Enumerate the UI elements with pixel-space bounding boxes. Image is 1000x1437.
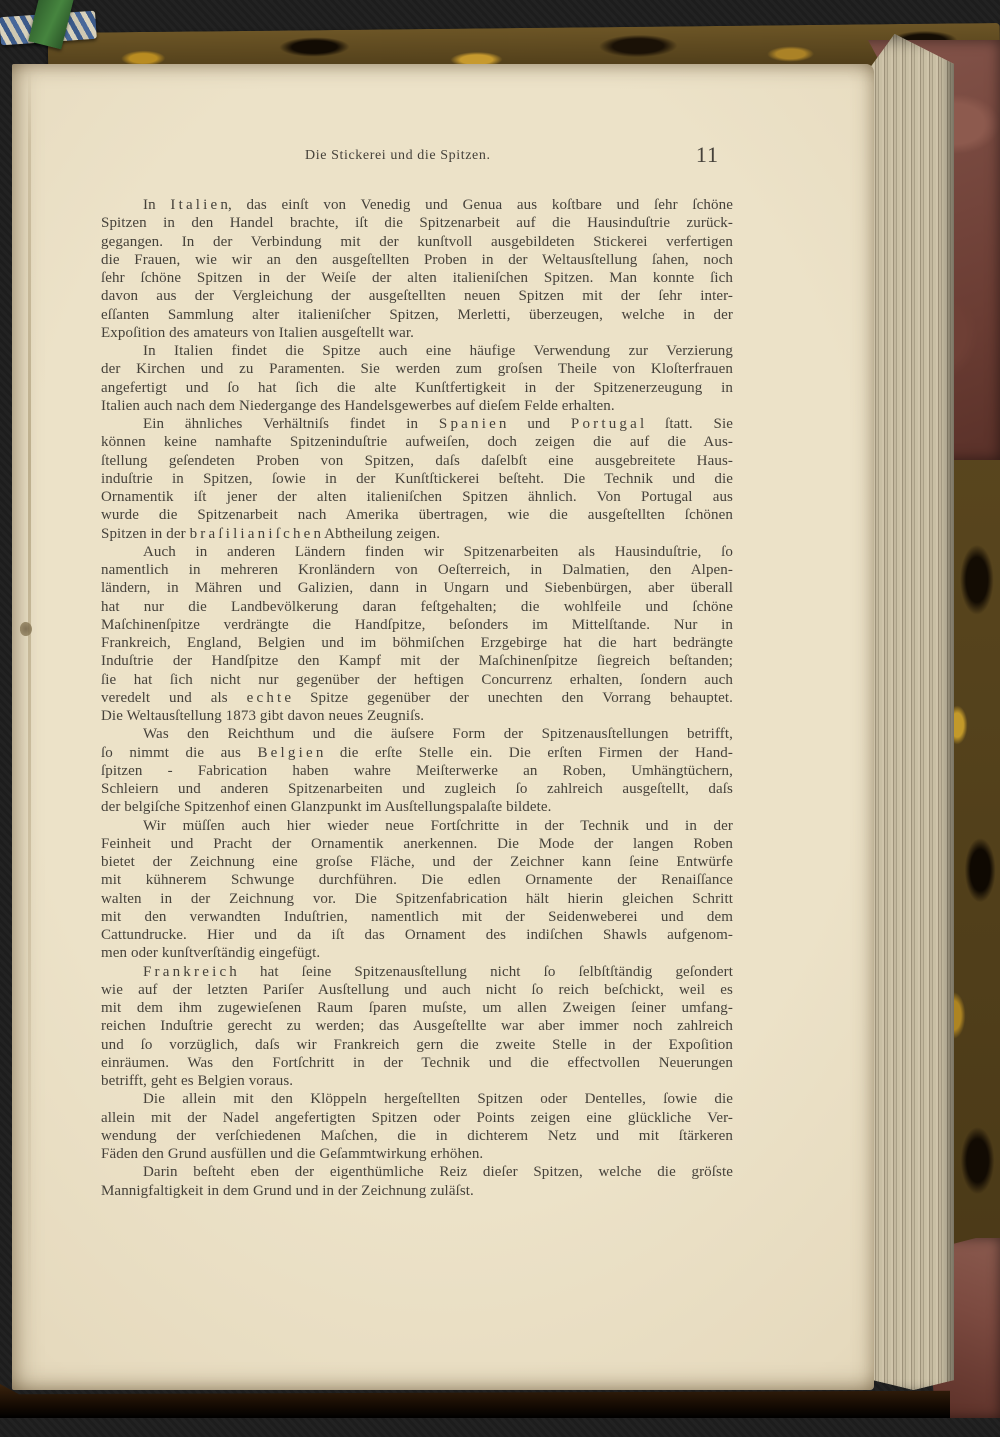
text-line: Expoſition des amateurs von Italien ausg… [101,324,733,342]
paragraph: Wir müſſen auch hier wieder neue Fortſch… [101,817,733,963]
text-line: namentlich in mehreren Kronländern von O… [101,561,733,579]
text-line: Was den Reichthum und die äuſsere Form d… [101,725,733,743]
page-text-block: Die Stickerei und die Spitzen. 11 In I t… [101,146,733,1200]
text-line: Ornamentik iſt jener der alten italieniſ… [101,488,733,506]
page-blemish [20,622,32,636]
text-line: men oder kunſtverſtändig eingefügt. [101,944,733,962]
paragraph: Ein ähnliches Verhältniſs findet in S p … [101,415,733,543]
text-line: Ein ähnliches Verhältniſs findet in S p … [101,415,733,433]
text-line: Die allein mit den Klöppeln hergeſtellte… [101,1090,733,1108]
text-line: walten in der Zeichnung vor. Die Spitzen… [101,890,733,908]
page-stack-fore-edge [864,34,954,1390]
text-line: eſſanten Sammlung alter italieniſcher Sp… [101,306,733,324]
text-line: mit den verwandten Induſtrien, namentlic… [101,908,733,926]
text-line: allein mit der Nadel angefertigten Spitz… [101,1109,733,1127]
text-line: Auch in anderen Ländern finden wir Spitz… [101,543,733,561]
text-line: Mannigfaltigkeit in dem Grund und in der… [101,1182,733,1200]
text-line: davon aus der Vergleichung der ausgeſtel… [101,287,733,305]
gutter-crease [28,64,31,1390]
text-line: und ſo vorzüglich, daſs wir Frankreich g… [101,1036,733,1054]
text-line: Schleiern und anderen Spitzenarbeiten un… [101,780,733,798]
text-line: wurde die Spitzenarbeit nach Amerika übe… [101,506,733,524]
text-line: wie auf der letzten Pariſer Ausſtellung … [101,981,733,999]
paragraph: F r a n k r e i c h hat ſeine Spitzenaus… [101,963,733,1091]
text-line: veredelt und als e c h t e Spitze gegenü… [101,689,733,707]
text-line: Darin beſteht eben der eigenthümliche Re… [101,1163,733,1181]
paragraph: Auch in anderen Ländern finden wir Spitz… [101,543,733,726]
text-line: können keine namhafte Spitzeninduſtrie a… [101,433,733,451]
text-line: gegangen. In der Verbindung mit der kunſ… [101,233,733,251]
text-line: Cattundrucke. Hier und da iſt das Orname… [101,926,733,944]
text-line: Maſchinenſpitze verdrängte die Handſpitz… [101,616,733,634]
text-line: bietet der Zeichnung eine groſse Fläche,… [101,853,733,871]
page-number: 11 [696,142,719,168]
text-line: angefertigt und ſo hat ſich die alte Kun… [101,379,733,397]
text-line: Frankreich, England, Belgien und im böhm… [101,634,733,652]
text-line: einräumen. Was den Fortſchritt in der Te… [101,1054,733,1072]
text-line: ſtellung geſendeten Proben von Spitzen, … [101,452,733,470]
text-line: induſtrie in Spitzen, ſowie in der Kunſt… [101,470,733,488]
text-line: ſo nimmt die aus B e l g i e n die erſte… [101,744,733,762]
paragraph: In Italien findet die Spitze auch eine h… [101,342,733,415]
text-line: ſpitzen - Fabrication haben wahre Meiſte… [101,762,733,780]
text-line: mit dem ihm zugewieſenen Raum ſparen muſ… [101,999,733,1017]
page-header: Die Stickerei und die Spitzen. 11 [101,146,733,196]
text-line: Spitzen in der b r a ſ i l i a n i ſ c h… [101,525,733,543]
text-line: Spitzen in den Handel brachte, iſt die S… [101,214,733,232]
text-line: hat nur die Landbevölkerung daran feſtge… [101,598,733,616]
text-line: In Italien findet die Spitze auch eine h… [101,342,733,360]
text-line: Wir müſſen auch hier wieder neue Fortſch… [101,817,733,835]
text-line: der Kirchen und zu Paramenten. Sie werde… [101,360,733,378]
paragraph: In I t a l i e n, das einſt von Venedig … [101,196,733,342]
text-line: der belgiſche Spitzenhof einen Glanzpunk… [101,798,733,816]
text-line: Die Weltausſtellung 1873 gibt davon neue… [101,707,733,725]
text-line: betrifft, geht es Belgien voraus. [101,1072,733,1090]
scanned-book-page: Die Stickerei und die Spitzen. 11 In I t… [0,0,1000,1437]
text-line: mit kühnerem Schwunge durchführen. Die e… [101,871,733,889]
text-line: Fäden den Grund ausfüllen und die Geſamm… [101,1145,733,1163]
text-line: Feinheit und Pracht der Ornamentik anerk… [101,835,733,853]
text-line: F r a n k r e i c h hat ſeine Spitzenaus… [101,963,733,981]
text-line: Italien auch nach dem Niedergange des Ha… [101,397,733,415]
text-line: die Frauen, wie wir an den ausgeſtellten… [101,251,733,269]
text-line: reichen Induſtrie gerecht zu werden; das… [101,1017,733,1035]
paragraph: Darin beſteht eben der eigenthümliche Re… [101,1163,733,1200]
text-line: ſehr ſchöne Spitzen in der Weiſe der alt… [101,269,733,287]
body-text: In I t a l i e n, das einſt von Venedig … [101,196,733,1200]
text-line: ſie hat ſich nicht nur gegenüber der hef… [101,671,733,689]
paragraph: Die allein mit den Klöppeln hergeſtellte… [101,1090,733,1163]
text-line: In I t a l i e n, das einſt von Venedig … [101,196,733,214]
text-line: wendung der verſchiedenen Maſchen, die i… [101,1127,733,1145]
paragraph: Was den Reichthum und die äuſsere Form d… [101,725,733,816]
text-line: Induſtrie der Handſpitze den Kampf mit d… [101,652,733,670]
text-line: ländern, in Mähren und Galizien, dann in… [101,579,733,597]
running-title: Die Stickerei und die Spitzen. [305,148,491,164]
